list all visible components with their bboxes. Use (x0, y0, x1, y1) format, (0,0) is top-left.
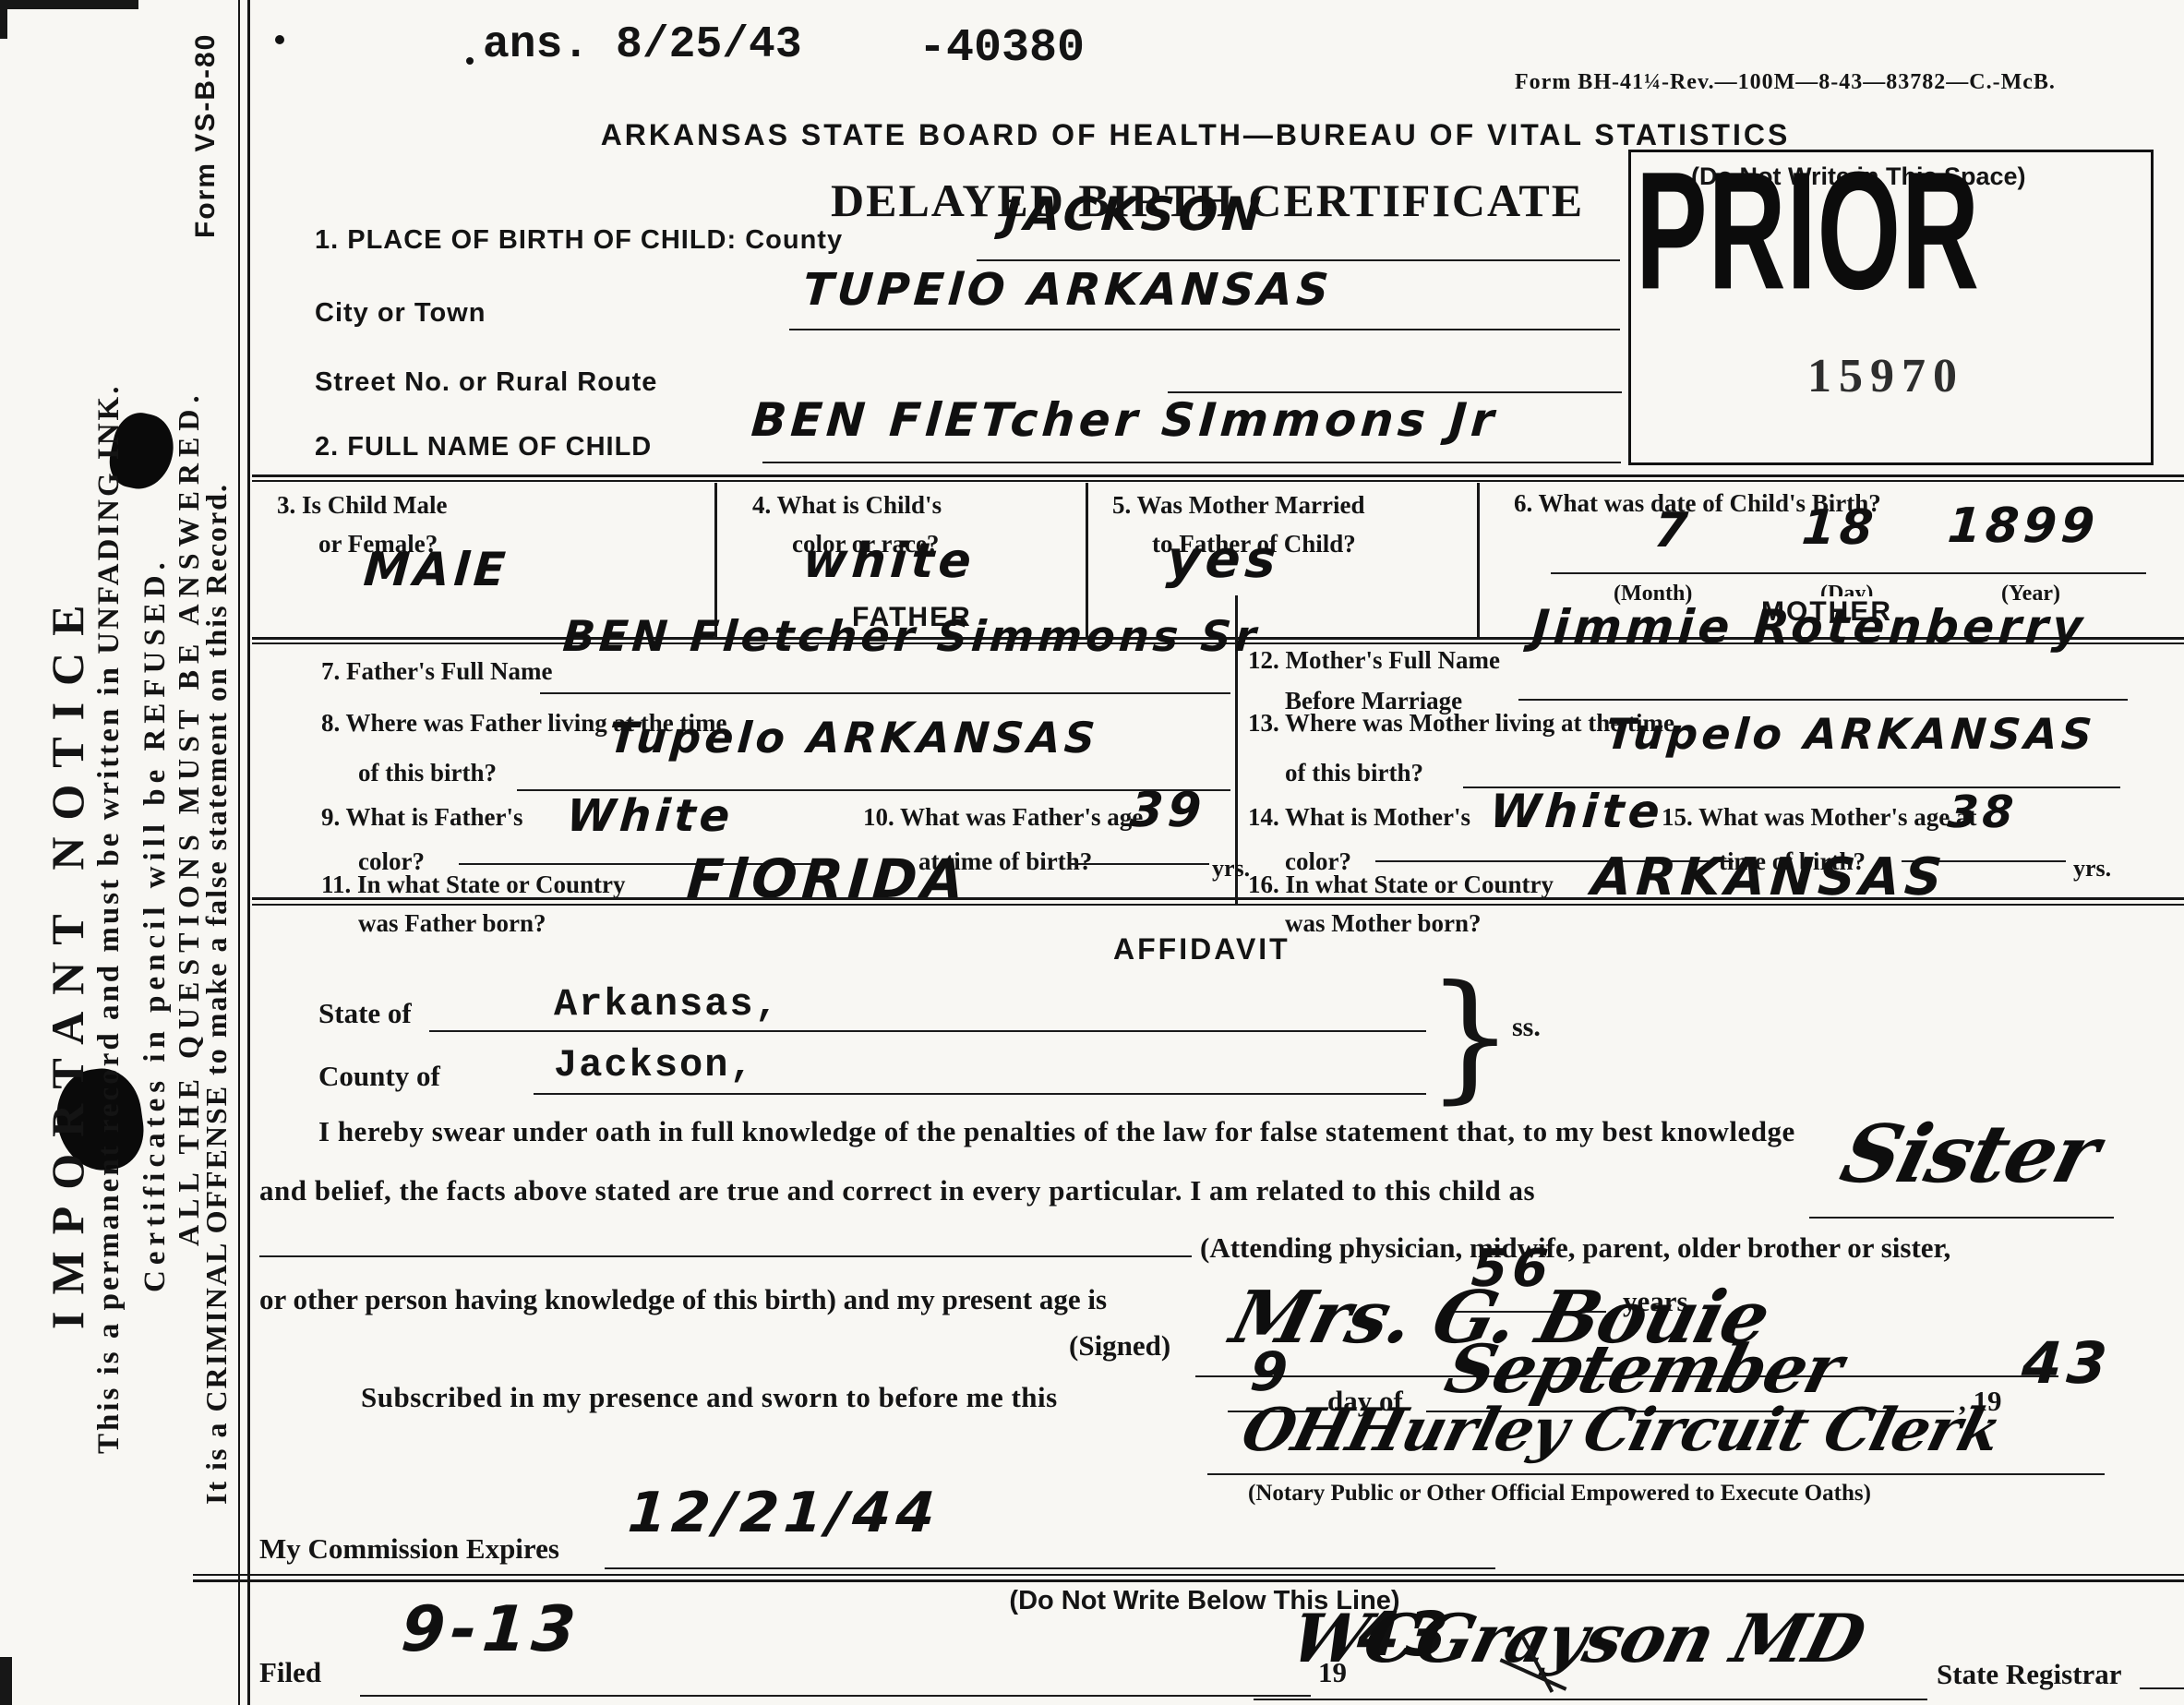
father-age-yrs-label: yrs. (1212, 855, 1250, 883)
mother-age-value: 38 (1946, 786, 2019, 838)
notary-caption: (Notary Public or Other Official Empower… (1248, 1481, 1871, 1507)
registrar-label: State Registrar (1937, 1658, 2122, 1691)
father-age-label: 10. What was Father's age (863, 803, 1143, 832)
father-birthplace-label: 11. In what State or Country (321, 871, 626, 899)
mother-residence-label-2: of this birth? (1285, 759, 1423, 787)
affidavit-state-line (429, 1030, 1426, 1032)
father-name-line (540, 692, 1230, 694)
notary-signature: OHHurley Circuit Clerk (1235, 1396, 2008, 1465)
filed-label: Filed (259, 1656, 321, 1689)
registrar-signature: WCGrayson MD (1283, 1599, 1872, 1677)
father-age-value: 39 (1128, 783, 1207, 838)
place-of-birth-label: 1. PLACE OF BIRTH OF CHILD: County (315, 225, 843, 256)
dob-line (1551, 572, 2146, 574)
delayed-birth-certificate-scan: IMPORTANT NOTICE This is a permanent rec… (0, 0, 2184, 1705)
footer-rule (193, 1574, 2184, 1576)
scan-edge-mark (0, 0, 138, 9)
edge-line-stub (2140, 1687, 2184, 1689)
filed-date-value: 9-13 (399, 1593, 583, 1666)
oath-line-1: I hereby swear under oath in full knowle… (318, 1115, 1795, 1148)
attending-blank-line (259, 1255, 1192, 1257)
scan-edge-mark (0, 0, 7, 39)
prior-stamp: PRIOR (1636, 135, 1980, 329)
street-label: Street No. or Rural Route (315, 367, 657, 398)
full-name-label: 2. FULL NAME OF CHILD (315, 432, 652, 462)
ink-speck (466, 57, 474, 65)
mother-name-value: Jimmie Rotenberry (1530, 600, 2088, 654)
county-line (977, 259, 1620, 261)
father-color-value: White (565, 790, 736, 842)
mother-age-label: 15. What was Mother's age at (1662, 803, 1976, 832)
section-rule (252, 480, 2184, 482)
scan-edge-mark (0, 1657, 12, 1705)
sidebar-rule (247, 0, 250, 1705)
affidavit-header: AFFIDAVIT (1113, 932, 1290, 967)
notary-line (1207, 1473, 2105, 1475)
mother-name-line (1518, 699, 2128, 701)
signed-label: (Signed) (1069, 1329, 1170, 1363)
race-value: white (801, 534, 978, 589)
city-line (789, 329, 1620, 330)
dob-month-value: 7 (1652, 503, 1694, 558)
father-name-label: 7. Father's Full Name (321, 657, 552, 686)
city-value: TUPElO ARKANSAS (801, 264, 1334, 316)
relationship-value: Sister (1832, 1108, 2107, 1201)
race-label: 4. What is Child's (752, 491, 942, 520)
mother-name-label: 12. Mother's Full Name (1248, 646, 1500, 675)
registrar-line (1254, 1699, 1927, 1700)
father-name-value: BEN Fletcher Simmons Sr (561, 611, 1262, 661)
sidebar-form-code: Form VS-B-80 (190, 33, 222, 238)
subscribed-label: Subscribed in my presence and sworn to b… (361, 1381, 1058, 1414)
footer-rule (193, 1579, 2184, 1582)
affidavit-state-label: State of (318, 997, 412, 1030)
certificate-number: 15970 (1807, 349, 1964, 403)
affidavit-brace: } (1426, 956, 1514, 1117)
father-residence-label-2: of this birth? (358, 759, 497, 787)
sidebar-important-notice: IMPORTANT NOTICE (41, 588, 94, 1329)
relationship-line (1809, 1217, 2114, 1219)
father-color-label: 9. What is Father's (321, 803, 523, 832)
father-birthplace-label-2: was Father born? (358, 909, 546, 938)
section-rule (252, 897, 2184, 900)
sex-value: MAlE (362, 543, 511, 596)
box-divider (1477, 483, 1480, 637)
mother-age-yrs-label: yrs. (2073, 855, 2111, 883)
attending-line-1: (Attending physician, midwife, parent, o… (1200, 1231, 1950, 1265)
affidavit-county-line (534, 1093, 1426, 1095)
affidavit-county-value: Jackson, (554, 1043, 755, 1087)
commission-date-value: 12/21/44 (626, 1481, 942, 1545)
filed-line (360, 1695, 1311, 1697)
attending-line-2: or other person having knowledge of this… (259, 1283, 1107, 1316)
affidavit-ss-label: ss. (1512, 1012, 1541, 1043)
affidavit-state-value: Arkansas, (554, 982, 780, 1027)
father-birthplace-value: FlORIDA (685, 847, 970, 910)
father-age-line (1071, 863, 1209, 865)
mother-color-label: 14. What is Mother's (1248, 803, 1470, 832)
married-value: yes (1165, 530, 1282, 590)
full-name-line (762, 462, 1621, 463)
section-rule (252, 904, 2184, 906)
mother-birthplace-label: 16. In what State or Country (1248, 871, 1554, 899)
typed-note: ans. 8/25/43 (483, 20, 802, 70)
org-header: ARKANSAS STATE BOARD OF HEALTH—BUREAU OF… (582, 118, 1809, 152)
married-label: 5. Was Mother Married (1112, 491, 1364, 520)
form-reference: Form BH-41¼-Rev.—100M—8-43—83782—C.-McB. (1515, 70, 2056, 95)
section-rule (252, 474, 2184, 477)
sidebar-notice-line-4: It is a CRIMINAL OFFENSE to make a false… (199, 483, 234, 1505)
sworn-year-value: 43 (2020, 1329, 2115, 1397)
commission-label: My Commission Expires (259, 1532, 559, 1566)
dob-year-value: 1899 (1946, 498, 2101, 554)
dob-day-value: 18 (1800, 500, 1879, 556)
sidebar-rule (238, 0, 240, 1705)
oath-line-2: and belief, the facts above stated are t… (259, 1174, 1535, 1207)
full-name-value: BEN FlETcher SImmons Jr (750, 393, 1500, 447)
mother-birthplace-label-2: was Mother born? (1285, 909, 1482, 938)
sidebar-notice-line-1: This is a permanent record and must be w… (92, 384, 126, 1454)
mother-color-value: White (1488, 785, 1665, 838)
county-value: JACKSON (1002, 187, 1266, 241)
affidavit-county-label: County of (318, 1060, 440, 1093)
ink-speck (275, 35, 284, 44)
sidebar-notice-line-2: Certificates in pencil will be REFUSED. (138, 557, 173, 1292)
sworn-day-value: 9 (1248, 1340, 1294, 1403)
mother-residence-value: Tupelo ARKANSAS (1604, 709, 2097, 759)
city-label: City or Town (315, 298, 486, 329)
commission-line (605, 1567, 1495, 1569)
typed-number: -40380 (918, 22, 1085, 75)
father-residence-value: Tupelo ARKANSAS (607, 713, 1100, 762)
sex-label: 3. Is Child Male (277, 491, 448, 520)
